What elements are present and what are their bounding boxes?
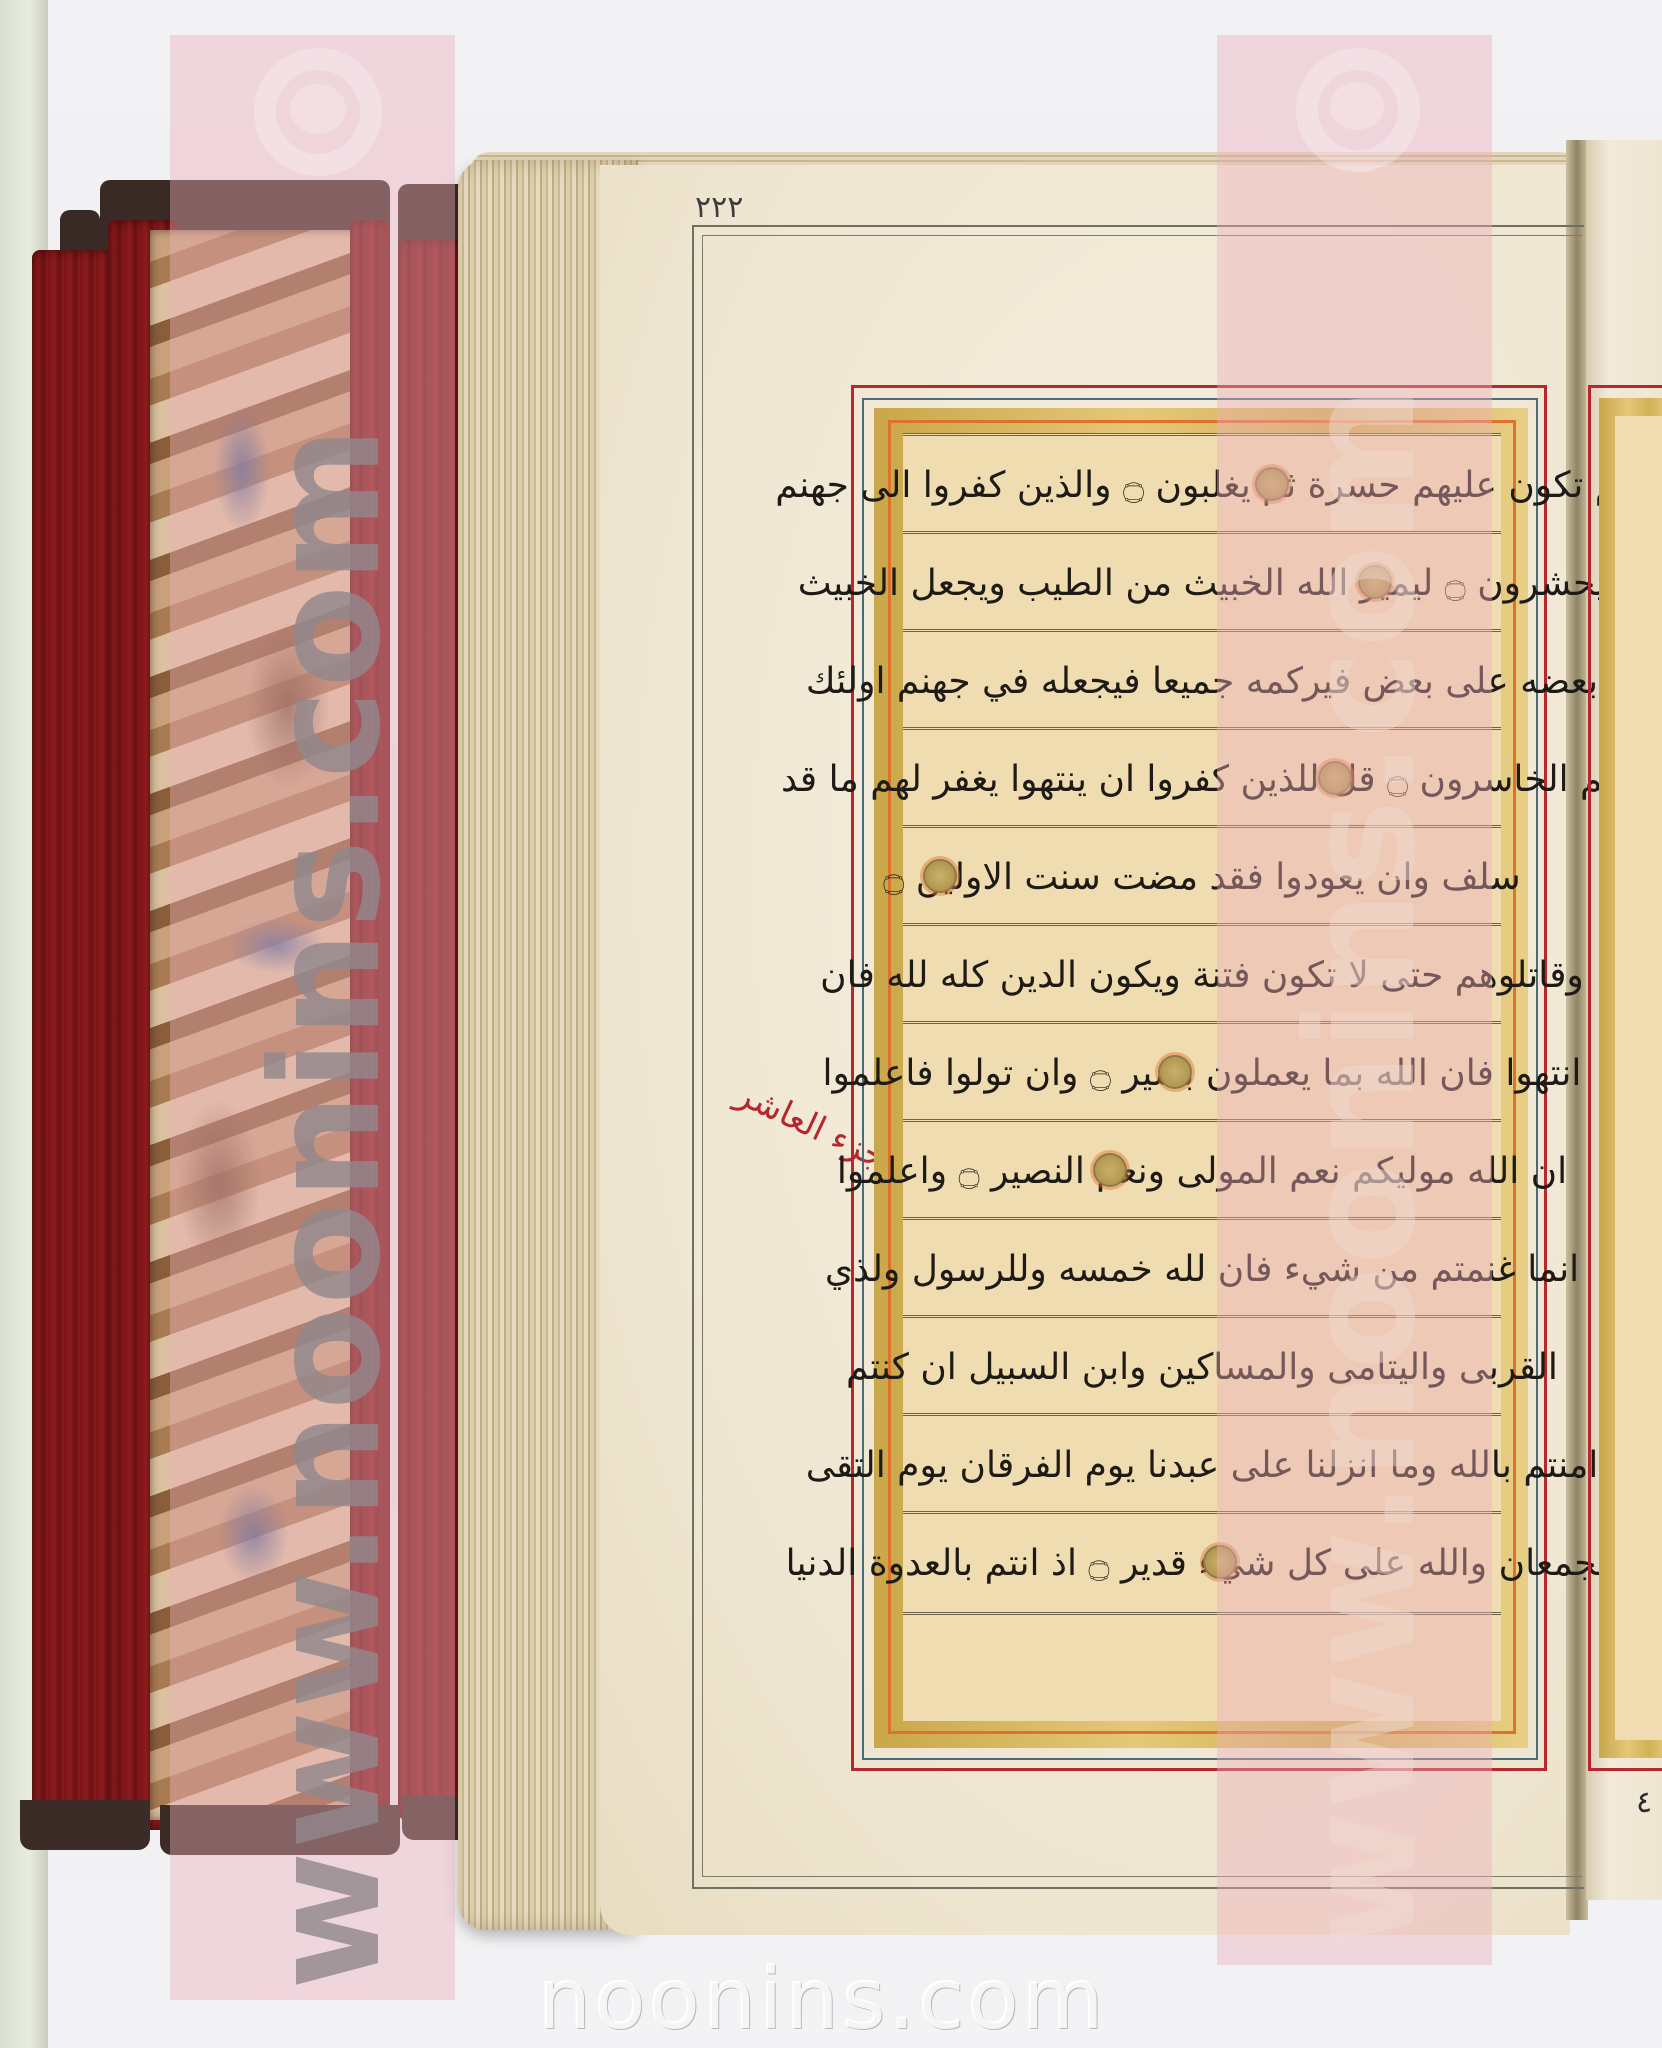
- right-page-panel-border: [1588, 385, 1662, 1771]
- watermark-text-bottom: noonins.com: [538, 1950, 1107, 2048]
- right-page-gold-frame: [1599, 398, 1662, 1758]
- watermark-text-left: www.noonins.com: [240, 424, 414, 1990]
- right-page-number: ٤: [1636, 1785, 1652, 1820]
- copyright-icon-inner: [290, 84, 346, 134]
- copyright-icon-inner: [1330, 82, 1384, 130]
- spine-cap-bottom-left: [20, 1800, 150, 1850]
- text-line-content: هم الخاسرون ۝ قل للذين كفروا ان ينتهوا ي…: [781, 759, 1623, 800]
- watermark-text-right: www.noonins.com: [1275, 384, 1449, 1950]
- folio-number: ٢٢٢: [695, 190, 743, 225]
- verse-marker-icon: [1093, 1153, 1127, 1187]
- verse-marker-icon: [923, 859, 957, 893]
- text-line-content: الجمعان والله على كل شيء قدير ۝ اذ انتم …: [786, 1543, 1619, 1584]
- text-line-content: ثم تكون عليهم حسرة ثم يغلبون ۝ والذين كف…: [775, 465, 1628, 506]
- right-page-text-block: [1615, 416, 1662, 1740]
- verse-marker-icon: [1158, 1055, 1192, 1089]
